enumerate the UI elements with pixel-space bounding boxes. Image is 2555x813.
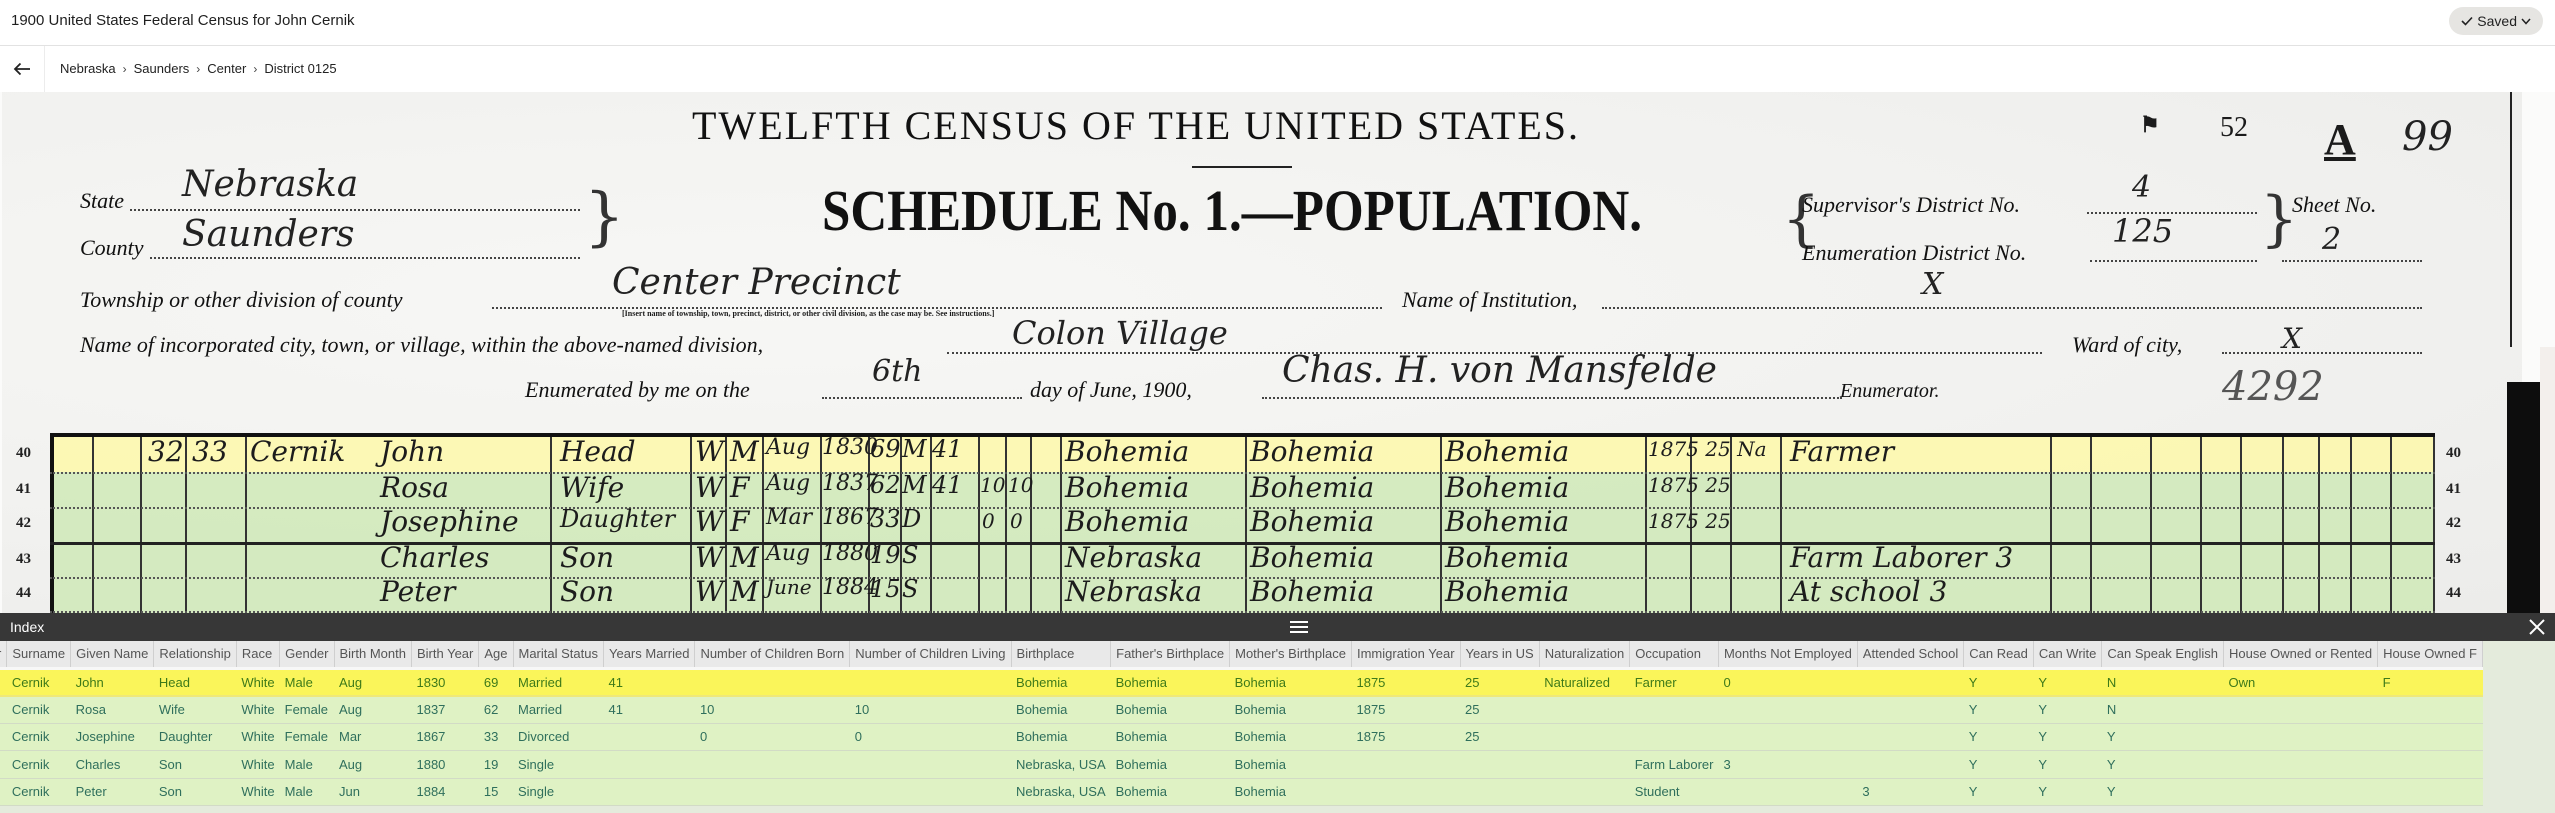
column-header-naturalization[interactable]: Naturalization <box>1539 641 1630 668</box>
hw-age: 19 <box>870 541 901 569</box>
state-label: State <box>80 188 124 214</box>
hw-sex: F <box>730 471 749 504</box>
grid-line <box>930 437 932 613</box>
grid-line <box>978 437 980 613</box>
table-cell: 25 <box>1460 668 1539 696</box>
table-cell <box>2378 751 2483 779</box>
table-cell <box>1718 696 1857 724</box>
hw-children-living: 0 <box>1010 509 1023 533</box>
table-cell: White <box>236 723 279 751</box>
hw-age: 33 <box>870 505 901 533</box>
enumerator-label: Enumerator. <box>1840 380 1939 403</box>
breadcrumb-state[interactable]: Nebraska <box>60 61 116 76</box>
table-cell: Female <box>280 723 334 751</box>
institution-line <box>1602 307 2422 309</box>
table-cell <box>850 751 1011 779</box>
table-cell: 3 <box>1857 778 1963 806</box>
supervisor-value: 4 <box>2132 170 2151 205</box>
county-value: Saunders <box>182 214 355 255</box>
ward-line <box>2222 352 2422 354</box>
breadcrumb-township[interactable]: Center <box>207 61 246 76</box>
column-header-birth-month[interactable]: Birth Month <box>334 641 411 668</box>
enumeration-date: day of June, 1900, <box>1030 377 1192 403</box>
document-title: TWELFTH CENSUS OF THE UNITED STATES. <box>692 102 1580 149</box>
table-cell: Cernik <box>7 778 71 806</box>
table-cell <box>850 668 1011 696</box>
column-header-can-write[interactable]: Can Write <box>2033 641 2102 668</box>
hw-children-living: 10 <box>1008 473 1033 497</box>
chevron-right-icon: › <box>123 62 127 76</box>
table-cell <box>1857 751 1963 779</box>
table-cell: Y <box>2102 778 2224 806</box>
table-cell: Nebraska, USA <box>1011 778 1111 806</box>
grid-line <box>1060 437 1062 613</box>
table-cell: Bohemia <box>1111 778 1230 806</box>
grid-line <box>1780 437 1782 613</box>
institution-label: Name of Institution, <box>1402 287 1577 313</box>
hw-month: Aug <box>766 541 810 566</box>
table-cell: Y <box>2033 778 2102 806</box>
column-header-can-read[interactable]: Can Read <box>1964 641 2034 668</box>
grid-line <box>2050 437 2052 613</box>
table-cell: N <box>2102 668 2224 696</box>
table-cell <box>1718 723 1857 751</box>
hw-given: John <box>380 435 444 468</box>
hw-relation: Daughter <box>560 505 675 533</box>
table-cell: Married <box>513 668 603 696</box>
census-grid: 40 41 42 43 44 40 41 42 43 44 32 33 Cern… <box>50 425 2435 613</box>
table-cell: Charles <box>71 751 154 779</box>
grid-line <box>2240 437 2242 613</box>
chevron-right-icon: › <box>196 62 200 76</box>
grid-line <box>2200 437 2202 613</box>
table-cell: Y <box>2033 751 2102 779</box>
table-cell: Farm Laborer <box>1630 751 1719 779</box>
hw-family: 33 <box>192 435 228 468</box>
table-cell: 3 <box>1718 751 1857 779</box>
table-row-selected[interactable]: CernikJohnHeadWhiteMaleAug183069Married4… <box>0 668 2483 696</box>
hw-marital: S <box>902 541 918 569</box>
page-hand-number: 99 <box>2402 114 2453 160</box>
table-cell: Single <box>513 751 603 779</box>
table-cell <box>0 778 7 806</box>
row-number: 40 <box>16 445 31 462</box>
breadcrumb-bar: Nebraska › Saunders › Center › District … <box>0 46 2555 92</box>
table-cell <box>1460 778 1539 806</box>
back-button[interactable] <box>0 46 45 92</box>
page-title: 1900 United States Federal Census for Jo… <box>11 12 355 29</box>
table-cell: 1837 <box>411 696 478 724</box>
table-cell: Male <box>280 778 334 806</box>
hw-month: June <box>766 575 812 599</box>
hw-race: W <box>695 505 724 538</box>
grid-line <box>1440 437 1442 613</box>
grid-line <box>1245 437 1247 613</box>
table-cell: Bohemia <box>1111 668 1230 696</box>
index-table-scroll[interactable]: r Surname Given Name Relationship Race G… <box>0 641 2555 813</box>
grid-line <box>245 437 247 613</box>
hw-given: Peter <box>380 575 455 608</box>
state-value: Nebraska <box>182 164 358 205</box>
grid-line <box>550 437 552 613</box>
table-cell: Daughter <box>154 723 237 751</box>
column-header-race[interactable]: Race <box>236 641 279 668</box>
index-table: r Surname Given Name Relationship Race G… <box>0 641 2483 806</box>
hw-dwelling: 32 <box>148 435 184 468</box>
table-cell: Y <box>2033 723 2102 751</box>
table-cell: 1830 <box>411 668 478 696</box>
hw-sex: M <box>730 541 759 574</box>
chevron-right-icon: › <box>253 62 257 76</box>
table-cell: Y <box>1964 751 2034 779</box>
column-header-house-owned-or-rented[interactable]: House Owned or Rented <box>2223 641 2377 668</box>
column-header-can-speak-english[interactable]: Can Speak English <box>2102 641 2224 668</box>
table-cell <box>1539 723 1630 751</box>
hw-sex: M <box>730 575 759 608</box>
column-header-birth-year[interactable]: Birth Year <box>411 641 478 668</box>
column-header-given-name[interactable]: Given Name <box>71 641 154 668</box>
hw-father-birthplace: Bohemia <box>1250 575 1374 608</box>
table-cell: Aug <box>334 751 411 779</box>
hw-given: Josephine <box>380 505 519 538</box>
table-cell: Aug <box>334 696 411 724</box>
table-cell: Naturalized <box>1539 668 1630 696</box>
schedule-heading: SCHEDULE No. 1.—POPULATION. <box>822 177 1642 244</box>
table-cell: Bohemia <box>1230 696 1352 724</box>
table-cell: Farmer <box>1630 668 1719 696</box>
table-cell: 1875 <box>1351 723 1460 751</box>
corner-number: 4292 <box>2222 364 2324 410</box>
column-header-attended-school[interactable]: Attended School <box>1857 641 1963 668</box>
column-header-gender[interactable]: Gender <box>280 641 334 668</box>
enumerator-line <box>1262 397 1842 399</box>
table-cell <box>1539 696 1630 724</box>
township-value: Center Precinct <box>612 262 901 303</box>
city-label: Name of incorporated city, town, or vill… <box>80 332 763 358</box>
hw-birthplace: Bohemia <box>1065 435 1189 468</box>
hw-month: Mar <box>766 505 812 530</box>
hw-birthplace: Nebraska <box>1065 575 1202 608</box>
hw-relation: Son <box>560 575 614 608</box>
hw-marital: S <box>902 575 918 603</box>
close-index-button[interactable] <box>2527 617 2547 637</box>
table-cell: White <box>236 778 279 806</box>
hw-month: Aug <box>766 435 810 460</box>
table-cell <box>2223 723 2377 751</box>
table-cell <box>2378 723 2483 751</box>
index-title: Index <box>10 619 44 635</box>
hw-relation: Son <box>560 541 614 574</box>
column-header-birthplace[interactable]: Birthplace <box>1011 641 1111 668</box>
hw-father-birthplace: Bohemia <box>1250 541 1374 574</box>
hw-age: 15 <box>870 575 901 603</box>
table-cell: Y <box>2033 668 2102 696</box>
table-row[interactable]: CernikJosephineDaughterWhiteFemaleMar186… <box>0 723 2483 751</box>
saved-label: Saved <box>2477 13 2517 29</box>
day-line <box>822 397 1022 399</box>
table-cell: 1884 <box>411 778 478 806</box>
enumerated-label: Enumerated by me on the <box>525 377 750 403</box>
hw-occupation: Farm Laborer 3 <box>1790 541 2013 574</box>
table-cell: White <box>236 696 279 724</box>
column-header-house-owned-free[interactable]: House Owned F <box>2378 641 2483 668</box>
table-cell: 1875 <box>1351 696 1460 724</box>
column-header-surname[interactable]: Surname <box>7 641 71 668</box>
table-cell <box>695 751 850 779</box>
table-cell: 41 <box>603 668 694 696</box>
table-cell: Son <box>154 778 237 806</box>
table-cell: Bohemia <box>1011 696 1111 724</box>
breadcrumb-district[interactable]: District 0125 <box>264 61 336 76</box>
hw-father-birthplace: Bohemia <box>1250 505 1374 538</box>
table-cell <box>1857 668 1963 696</box>
table-cell: Own <box>2223 668 2377 696</box>
hw-immigration: 1875 25 Na <box>1648 437 1767 461</box>
table-cell: 69 <box>479 668 513 696</box>
column-header-relationship[interactable]: Relationship <box>154 641 237 668</box>
column-header-age[interactable]: Age <box>479 641 513 668</box>
sheet-label: Sheet No. <box>2292 192 2376 218</box>
breadcrumb: Nebraska › Saunders › Center › District … <box>60 61 337 76</box>
table-cell: Nebraska, USA <box>1011 751 1111 779</box>
table-cell <box>603 751 694 779</box>
column-header-children-born[interactable]: Number of Children Born <box>695 641 850 668</box>
table-cell: Cernik <box>7 723 71 751</box>
stamp-mark: ⚑ <box>2140 112 2160 138</box>
table-cell: Cernik <box>7 696 71 724</box>
table-cell: Y <box>2033 696 2102 724</box>
hw-father-birthplace: Bohemia <box>1250 435 1374 468</box>
hw-relation: Head <box>560 435 636 468</box>
grid-line <box>50 437 54 613</box>
column-header-children-living[interactable]: Number of Children Living <box>850 641 1011 668</box>
hw-sex: M <box>730 435 759 468</box>
row-number: 41 <box>16 481 31 498</box>
left-brace: } <box>584 180 625 254</box>
saved-button[interactable]: Saved <box>2449 7 2543 35</box>
table-cell <box>1351 778 1460 806</box>
chevron-down-icon <box>2521 18 2531 25</box>
table-row[interactable]: CernikCharlesSonWhiteMaleAug188019Single… <box>0 751 2483 779</box>
table-cell: 62 <box>479 696 513 724</box>
grid-line <box>185 437 187 613</box>
top-bar: 1900 United States Federal Census for Jo… <box>0 0 2555 46</box>
hw-race: W <box>695 541 724 574</box>
column-header-immigration-year[interactable]: Immigration Year <box>1351 641 1460 668</box>
table-cell <box>695 668 850 696</box>
table-cell: Bohemia <box>1011 668 1111 696</box>
hw-age: 62 <box>870 471 901 499</box>
breadcrumb-county[interactable]: Saunders <box>134 61 190 76</box>
arrow-left-icon <box>13 62 31 76</box>
table-cell <box>1857 723 1963 751</box>
row-number-right: 40 <box>2446 445 2461 462</box>
table-cell <box>603 723 694 751</box>
row-number-right: 43 <box>2446 551 2461 568</box>
table-cell: Bohemia <box>1230 751 1352 779</box>
table-cell: F <box>2378 668 2483 696</box>
hw-children-born: 0 <box>982 509 995 533</box>
table-cell: Y <box>1964 778 2034 806</box>
table-cell: Married <box>513 696 603 724</box>
sheet-line <box>2282 260 2422 262</box>
column-header-mother-birthplace[interactable]: Mother's Birthplace <box>1230 641 1352 668</box>
stamp-number: 52 <box>2220 112 2248 144</box>
table-cell: 10 <box>695 696 850 724</box>
table-cell: White <box>236 751 279 779</box>
grid-line <box>2350 437 2352 613</box>
table-cell: Bohemia <box>1230 778 1352 806</box>
hw-sex: F <box>730 505 749 538</box>
table-header-row: r Surname Given Name Relationship Race G… <box>0 641 2483 668</box>
ed-value: 125 <box>2112 212 2173 250</box>
table-cell: Bohemia <box>1111 723 1230 751</box>
close-icon <box>2527 617 2547 637</box>
table-cell: Bohemia <box>1011 723 1111 751</box>
table-cell: 41 <box>603 696 694 724</box>
table-cell: 0 <box>1718 668 1857 696</box>
county-line <box>150 257 580 259</box>
table-row[interactable]: CernikRosaWifeWhiteFemaleAug183762Marrie… <box>0 696 2483 724</box>
hw-birthplace: Bohemia <box>1065 505 1189 538</box>
checkmark-icon <box>2461 16 2473 26</box>
column-header-marital-status[interactable]: Marital Status <box>513 641 603 668</box>
table-cell <box>850 778 1011 806</box>
table-cell: Female <box>280 696 334 724</box>
row-number: 44 <box>16 585 31 602</box>
table-cell <box>1857 696 1963 724</box>
table-cell: 1875 <box>1351 668 1460 696</box>
grid-line <box>762 437 764 613</box>
hw-years-married: 41 <box>932 471 963 499</box>
page-letter: A <box>2324 114 2356 165</box>
table-cell: Divorced <box>513 723 603 751</box>
table-cell <box>1630 723 1719 751</box>
ed-line <box>2090 260 2257 262</box>
column-header-years-married[interactable]: Years Married <box>603 641 694 668</box>
hw-given: Charles <box>380 541 489 574</box>
hw-given: Rosa <box>380 471 449 504</box>
table-cell <box>2223 751 2377 779</box>
table-cell: Y <box>2102 723 2224 751</box>
grid-line <box>1030 437 1032 613</box>
column-header-occupation[interactable]: Occupation <box>1630 641 1719 668</box>
grid-line <box>2318 437 2320 613</box>
township-label: Township or other division of county <box>80 287 402 313</box>
table-cell: Y <box>1964 668 2034 696</box>
hw-month: Aug <box>766 471 810 496</box>
hw-marital: M <box>902 471 927 499</box>
viewer-margin <box>2540 347 2555 613</box>
grid-line <box>1005 437 1007 613</box>
table-cell: Bohemia <box>1111 696 1230 724</box>
table-cell: Head <box>154 668 237 696</box>
hw-birthplace: Bohemia <box>1065 471 1189 504</box>
table-cell <box>2378 696 2483 724</box>
table-cell <box>0 668 7 696</box>
state-line <box>130 209 580 211</box>
table-cell: 19 <box>479 751 513 779</box>
table-cell <box>603 778 694 806</box>
table-cell: 25 <box>1460 696 1539 724</box>
hw-race: W <box>695 471 724 504</box>
table-cell: 15 <box>479 778 513 806</box>
hw-race: W <box>695 575 724 608</box>
table-cell <box>0 751 7 779</box>
page-edge <box>2510 92 2512 347</box>
census-page-image: TWELFTH CENSUS OF THE UNITED STATES. SCH… <box>2 92 2522 613</box>
row-number-right: 41 <box>2446 481 2461 498</box>
hw-age: 69 <box>870 435 901 463</box>
table-cell <box>2223 696 2377 724</box>
table-cell <box>1460 751 1539 779</box>
table-cell: Josephine <box>71 723 154 751</box>
table-cell: Cernik <box>7 668 71 696</box>
row-number-right: 44 <box>2446 585 2461 602</box>
county-label: County <box>80 235 144 261</box>
grid-line <box>2433 437 2435 613</box>
column-header-years-in-us[interactable]: Years in US <box>1460 641 1539 668</box>
column-header-months-not-employed[interactable]: Months Not Employed <box>1718 641 1857 668</box>
table-row[interactable]: CernikPeterSonWhiteMaleJun188415SingleNe… <box>0 778 2483 806</box>
table-cell: Jun <box>334 778 411 806</box>
column-header-father-birthplace[interactable]: Father's Birthplace <box>1111 641 1230 668</box>
table-cell: 25 <box>1460 723 1539 751</box>
hw-immigration: 1875 25 <box>1648 473 1731 497</box>
table-cell: 1867 <box>411 723 478 751</box>
table-cell: Bohemia <box>1230 668 1352 696</box>
grid-line <box>690 437 692 613</box>
table-cell: Mar <box>334 723 411 751</box>
table-cell <box>1539 751 1630 779</box>
table-cell: Bohemia <box>1230 723 1352 751</box>
table-cell: 1880 <box>411 751 478 779</box>
table-cell: Son <box>154 751 237 779</box>
enumerator-name: Chas. H. von Mansfelde <box>1282 350 1717 391</box>
table-cell: Y <box>1964 723 2034 751</box>
grid-line <box>92 437 94 613</box>
hw-children-born: 10 <box>980 473 1005 497</box>
table-cell: Y <box>1964 696 2034 724</box>
ward-value: X <box>2282 322 2302 355</box>
hw-mother-birthplace: Bohemia <box>1445 505 1569 538</box>
hw-years-married: 41 <box>932 435 963 463</box>
table-cell: N <box>2102 696 2224 724</box>
title-rule <box>1192 166 1292 168</box>
row-number: 43 <box>16 551 31 568</box>
hw-surname: Cernik <box>250 435 345 468</box>
hw-relation: Wife <box>560 471 624 504</box>
table-cell <box>1630 696 1719 724</box>
census-image-viewer[interactable]: TWELFTH CENSUS OF THE UNITED STATES. SCH… <box>0 92 2555 613</box>
hw-mother-birthplace: Bohemia <box>1445 575 1569 608</box>
table-cell <box>2378 778 2483 806</box>
grid-line <box>2150 437 2152 613</box>
table-cell: 33 <box>479 723 513 751</box>
table-cell: Student <box>1630 778 1719 806</box>
hw-marital: M <box>902 435 927 463</box>
grid-line <box>2390 437 2392 613</box>
table-cell: Single <box>513 778 603 806</box>
drag-handle-icon[interactable] <box>1290 619 1308 635</box>
hw-father-birthplace: Bohemia <box>1250 471 1374 504</box>
table-cell: Aug <box>334 668 411 696</box>
hw-race: W <box>695 435 724 468</box>
column-header[interactable]: r <box>0 641 7 668</box>
grid-line <box>2282 437 2284 613</box>
table-cell <box>1539 778 1630 806</box>
table-cell: Cernik <box>7 751 71 779</box>
